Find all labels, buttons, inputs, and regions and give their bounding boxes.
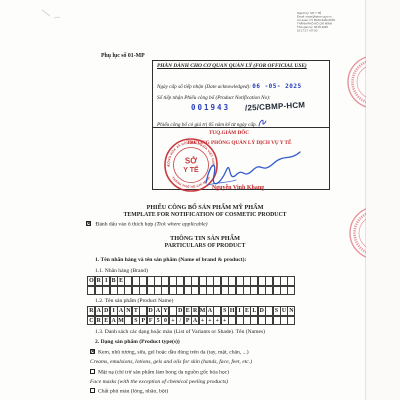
section1-heading: 1. Tên nhãn hàng và tên sản phẩm (Name o… bbox=[95, 257, 246, 263]
scanned-document-page: Người ký: SỞ Y TẾ Email: soyte@tphcm.gov… bbox=[0, 0, 400, 400]
product-type-label-en: Creams, emulsions, lotions, gels and oil… bbox=[90, 359, 252, 365]
product-type-item: Kem, nhũ tương, sữa, gel hoặc dầu dùng t… bbox=[90, 349, 252, 356]
unchecked-checkbox[interactable] bbox=[90, 369, 95, 374]
product-type-label-vi: Mặt nạ (chỉ trừ sản phẩm làm bong da ngu… bbox=[98, 369, 229, 375]
grid-cell[interactable] bbox=[287, 316, 295, 326]
grid-cell[interactable] bbox=[287, 286, 295, 296]
section-title-vi: THÔNG TIN SẢN PHẨM bbox=[85, 235, 325, 242]
tick-note: Đánh dấu vào ô thích hợp (Tick where app… bbox=[86, 221, 208, 228]
page-seal-stamp-top bbox=[344, 52, 366, 114]
grid-row bbox=[88, 287, 295, 297]
product-name-label: 1.2. Tên sản phẩm (Product Name) bbox=[95, 298, 173, 304]
grid-cell[interactable] bbox=[287, 276, 295, 286]
brand-grid[interactable]: ORIBE bbox=[88, 277, 295, 296]
product-type-item: Mặt nạ (chỉ trừ sản phẩm làm bong da ngu… bbox=[90, 369, 252, 376]
edge-stamp-clip bbox=[0, 0, 366, 400]
grid-row: CREAMSPF50+/PA++++ bbox=[88, 317, 295, 327]
product-type-list: Kem, nhũ tương, sữa, gel hoặc dầu dùng t… bbox=[90, 349, 252, 398]
product-name-grid[interactable]: RADIANTDAYDERMASHIELDSUNCREAMSPF50+/PA++… bbox=[88, 307, 295, 326]
variants-label: 1.3. Danh sách các dạng hoặc màu (List o… bbox=[95, 329, 265, 335]
brand-label: 1.1. Nhãn hàng (Brand) bbox=[95, 268, 148, 274]
product-type-label-en: Face masks (with the exception of chemic… bbox=[90, 379, 252, 385]
page-seal-stamp-middle bbox=[346, 203, 366, 265]
unchecked-checkbox[interactable] bbox=[90, 388, 95, 393]
tick-note-en: (Tick where applicable) bbox=[155, 222, 208, 228]
tick-note-vi: Đánh dấu vào ô thích hợp bbox=[95, 222, 153, 228]
document-title-en: TEMPLATE FOR NOTIFICATION OF COSMETIC PR… bbox=[85, 212, 325, 218]
checked-checkbox[interactable] bbox=[90, 349, 95, 354]
product-type-label-vi: Kem, nhũ tương, sữa, gel hoặc dầu dùng t… bbox=[98, 350, 249, 356]
page-right-margin bbox=[366, 0, 400, 400]
section-title-en: PARTICULARS OF PRODUCT bbox=[85, 243, 325, 249]
tick-note-checkbox[interactable] bbox=[86, 221, 91, 226]
grid-cell[interactable]: N bbox=[287, 306, 295, 316]
document-title-vi: PHIẾU CÔNG BỐ SẢN PHẨM MỸ PHẨM bbox=[85, 204, 325, 211]
product-type-label-vi: Chất phủ màu (lỏng, nhão, bột) bbox=[98, 389, 168, 395]
product-type-item: Chất phủ màu (lỏng, nhão, bột) bbox=[90, 388, 252, 395]
section2-heading: 2. Dạng sản phẩm (Product type(s)) bbox=[95, 339, 180, 345]
